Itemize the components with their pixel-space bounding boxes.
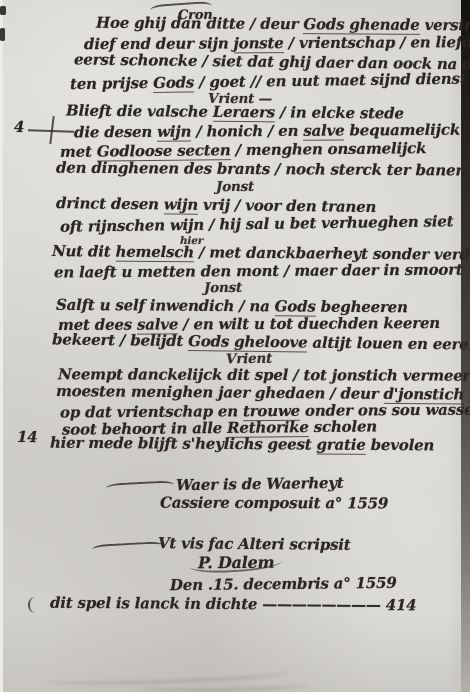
manuscript-line: dief end deur sijn jonste / vrientschap … (84, 35, 470, 52)
line-text: hier mede blijft s'heylichs geest (50, 434, 317, 454)
line-text: / goet // en uut maet sijnd dienst mede (194, 69, 470, 91)
underlined-word: Gods gheloove (188, 332, 308, 352)
line-text: drinct desen (56, 194, 164, 213)
scripsit-line: Vt vis fac Alteri scripsit (158, 536, 351, 553)
line-text: / honich / en (191, 122, 303, 141)
line-text: oft rijnschen wijn / hij sal u bet verhu… (60, 212, 454, 235)
underlined-word: Leraers (213, 103, 275, 123)
line-text: 4 (14, 118, 24, 136)
speaker-cue-jonst: Jonst (216, 180, 254, 195)
line-text: Jonst (204, 280, 242, 296)
underlined-word: wijn (164, 195, 198, 214)
speaker-cue-jonst: Jonst (204, 281, 242, 296)
line-text: / en wilt u tot duechden keeren (178, 314, 440, 333)
line-text: en laeft u metten den mont / maer daer i… (54, 261, 463, 282)
line-text: den dinghenen des brants / noch sterck t… (56, 159, 466, 180)
line-text: / in elcke stede (275, 103, 404, 122)
underlined-word: Gods (153, 73, 194, 93)
underlined-word: gratie (316, 436, 365, 455)
edge-speck (0, 6, 6, 15)
line-text: bevolen (366, 436, 435, 454)
edge-speck (0, 28, 5, 41)
underlined-word: Gods ghenade (303, 15, 419, 35)
line-text: Waer is de Waerheyt (176, 474, 344, 494)
line-text: Nut dit (52, 242, 116, 261)
line-text: 14 (17, 428, 38, 446)
manuscript-line: die desen wijn / honich / en salve bequa… (74, 123, 460, 141)
line-text: Vt vis fac Alteri scripsit (158, 534, 351, 554)
line-text: Blieft die valsche (66, 102, 213, 121)
manuscript-line: Hoe ghij dan ditte / deur Gods ghenade v… (96, 16, 470, 34)
line-text: Den .15. decembris a° 1559 (170, 574, 397, 594)
manuscript-line: ten prijse Gods / goet // en uut maet si… (70, 71, 470, 92)
manuscript-line: met Godloose secten / menghen onsamelijc… (60, 141, 426, 160)
line-text: scholen (309, 417, 377, 436)
line-text: / menghen onsamelijck (230, 139, 426, 159)
line-text: Vrient (226, 351, 272, 368)
manuscript-line: bekeert / belijdt Gods gheloove altijt l… (52, 332, 470, 352)
line-text: bequamelijck (344, 121, 460, 140)
line-text: altijt louen en eeren (307, 334, 470, 354)
manuscript-line: Salft u self inwendich / na Gods begheer… (56, 298, 408, 315)
manuscript-page: CronHoe ghij dan ditte / deur Gods ghena… (0, 0, 470, 692)
margin-number-4: 4 (14, 120, 24, 135)
line-text: bekeert / belijdt (52, 330, 188, 350)
manuscript-line: den dinghenen des brants / noch sterck t… (56, 161, 466, 179)
underlined-word: wijn (157, 123, 191, 142)
bracket-flourish (28, 597, 42, 613)
margin-number-14: 14 (17, 430, 38, 445)
line-text: moesten menighen jaer ghedaen / deur (56, 382, 384, 403)
manuscript-line: Neempt danckelijck dit spel / tot jonsti… (58, 367, 470, 384)
manuscript-line: en laeft u metten den mont / maer daer i… (54, 263, 463, 281)
line-text: Cassiere composuit a° 1559 (160, 494, 388, 513)
underlined-word: salve (303, 121, 344, 140)
length-line: dit spel is lanck in dichte ———————— 414 (50, 596, 417, 614)
manuscript-line: oft rijnschen wijn / hij sal u bet verhu… (60, 214, 454, 234)
date-line: Den .15. decembris a° 1559 (170, 576, 397, 593)
line-text: Jonst (216, 179, 254, 195)
underlined-word: jonste (233, 34, 283, 53)
underlined-word: hemelsch (115, 243, 194, 263)
line-text: ten prijse (70, 74, 153, 93)
line-text: Salft u self inwendich / na (56, 296, 275, 316)
motto-flourish (106, 480, 174, 493)
line-text: die desen (74, 123, 157, 142)
line-text: versint (420, 16, 470, 34)
motto-line: Waer is de Waerheyt (176, 476, 344, 493)
manuscript-line: Blieft die valsche Leraers / in elcke st… (66, 104, 404, 122)
manuscript-line: drinct desen wijn vrij / voor den tranen (56, 196, 376, 215)
scripsit-flourish (92, 541, 164, 554)
line-text: Hoe ghij dan ditte / deur (96, 14, 304, 33)
line-text: / vrientschap / en liefde soet (284, 33, 470, 52)
page-left-edge (0, 0, 3, 692)
line-text: dit spel is lanck in dichte ———————— 414 (50, 594, 417, 615)
manuscript-line: hier mede blijft s'heylichs geest gratie… (50, 436, 434, 454)
composuit-line: Cassiere composuit a° 1559 (160, 496, 388, 512)
